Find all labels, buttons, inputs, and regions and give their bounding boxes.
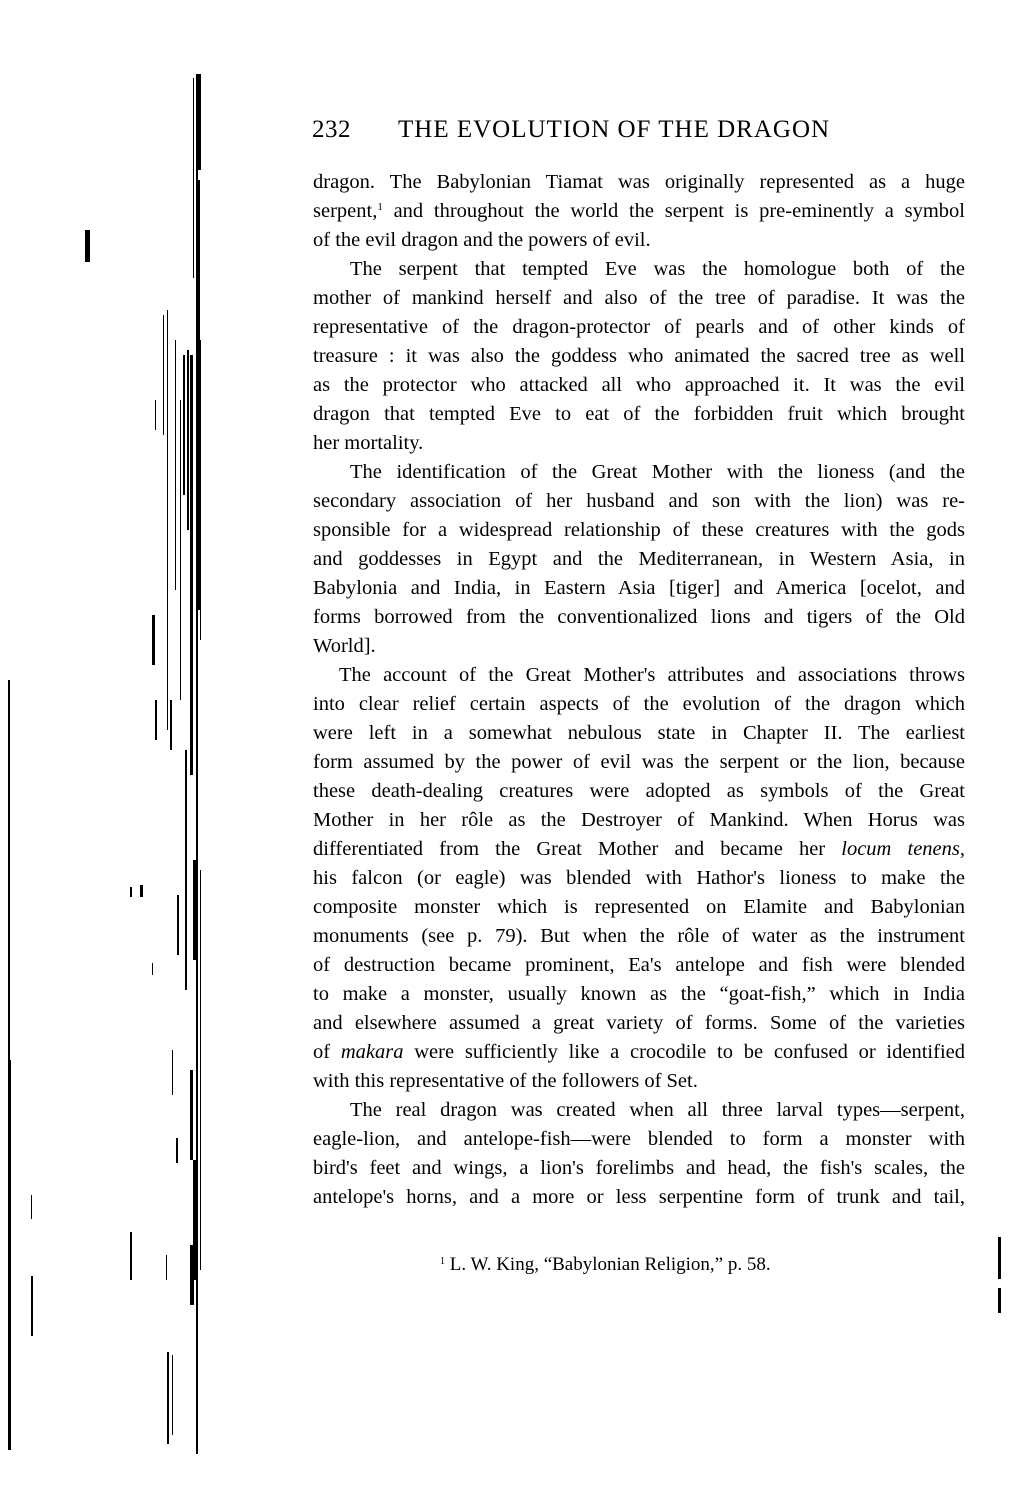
text-line: The serpent that tempted Eve was the hom…: [313, 255, 965, 284]
paragraph: The identification of the Great Mother w…: [313, 458, 965, 661]
footnote: 1 L. W. King, “Babylonian Religion,” p. …: [440, 1254, 771, 1276]
body-text: dragon. The Babylonian Tiamat was origin…: [313, 168, 965, 1212]
text-line: The account of the Great Mother's attrib…: [313, 661, 965, 690]
text-line: into clear relief certain aspects of the…: [313, 690, 965, 719]
paragraph: The real dragon was created when all thr…: [313, 1096, 965, 1212]
text-line: of makara were sufficiently like a croco…: [313, 1038, 965, 1067]
text-line: of the evil dragon and the powers of evi…: [313, 226, 965, 255]
text-line: and elsewhere assumed a great variety of…: [313, 1009, 965, 1038]
text-line: as the protector who attacked all who ap…: [313, 371, 965, 400]
text-line: eagle-lion, and antelope-fish—were blend…: [313, 1125, 965, 1154]
text-line: representative of the dragon-protector o…: [313, 313, 965, 342]
running-title: THE EVOLUTION OF THE DRAGON: [398, 116, 830, 144]
text-line: sponsible for a widespread relationship …: [313, 516, 965, 545]
text-line: bird's feet and wings, a lion's forelimb…: [313, 1154, 965, 1183]
text-line: composite monster which is represented o…: [313, 893, 965, 922]
text-line: differentiated from the Great Mother and…: [313, 835, 965, 864]
text-line: and goddesses in Egypt and the Mediterra…: [313, 545, 965, 574]
text-line: dragon. The Babylonian Tiamat was origin…: [313, 168, 965, 197]
text-line: mother of mankind herself and also of th…: [313, 284, 965, 313]
paragraph: The serpent that tempted Eve was the hom…: [313, 255, 965, 458]
text-line: Mother in her rôle as the Destroyer of M…: [313, 806, 965, 835]
paragraph: The account of the Great Mother's attrib…: [313, 661, 965, 1096]
text-line: serpent,1 and throughout the world the s…: [313, 197, 965, 226]
text-line: her mortality.: [313, 429, 965, 458]
running-header: 232 THE EVOLUTION OF THE DRAGON: [312, 116, 972, 150]
text-line: monuments (see p. 79). But when the rôle…: [313, 922, 965, 951]
paragraph: dragon. The Babylonian Tiamat was origin…: [313, 168, 965, 255]
text-line: Babylonia and India, in Eastern Asia [ti…: [313, 574, 965, 603]
scanned-book-page: 232 THE EVOLUTION OF THE DRAGON dragon. …: [0, 0, 1017, 1501]
text-line: to make a monster, usually known as the …: [313, 980, 965, 1009]
text-line: dragon that tempted Eve to eat of the fo…: [313, 400, 965, 429]
text-line: treasure : it was also the goddess who a…: [313, 342, 965, 371]
text-line: with this representative of the follower…: [313, 1067, 965, 1096]
text-line: forms borrowed from the conventionalized…: [313, 603, 965, 632]
italic-term: locum tenens: [841, 838, 960, 860]
italic-term: makara: [341, 1041, 404, 1063]
page-number: 232: [312, 116, 351, 144]
text-line: secondary association of her husband and…: [313, 487, 965, 516]
text-line: were left in a somewhat nebulous state i…: [313, 719, 965, 748]
footnote-text: L. W. King, “Babylonian Religion,” p. 58…: [445, 1254, 771, 1275]
text-line: these death-dealing creatures were adopt…: [313, 777, 965, 806]
text-line: The real dragon was created when all thr…: [313, 1096, 965, 1125]
text-line: his falcon (or eagle) was blended with H…: [313, 864, 965, 893]
text-line: antelope's horns, and a more or less ser…: [313, 1183, 965, 1212]
text-line: of destruction became prominent, Ea's an…: [313, 951, 965, 980]
text-line: The identification of the Great Mother w…: [313, 458, 965, 487]
text-line: form assumed by the power of evil was th…: [313, 748, 965, 777]
text-line: World].: [313, 632, 965, 661]
